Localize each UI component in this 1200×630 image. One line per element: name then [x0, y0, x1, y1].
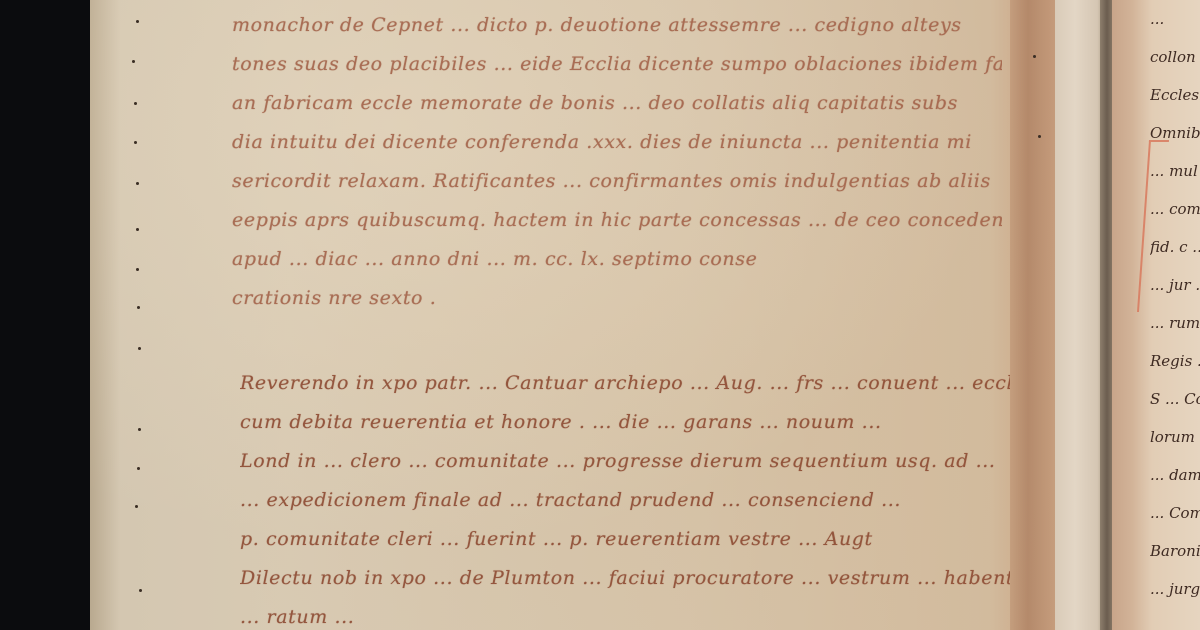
manuscript-line: ... ratum ... [240, 598, 1010, 630]
page-fold [1055, 0, 1105, 630]
manuscript-line: dia intuitu dei dicente conferenda .xxx.… [232, 123, 1002, 162]
pricking-mark [1038, 135, 1041, 138]
manuscript-line: lorum ... [1150, 418, 1200, 456]
manuscript-line: Lond in ... clero ... comunitate ... pro… [240, 442, 1010, 481]
manuscript-line: Dilectu nob in xpo ... de Plumton ... fa… [240, 559, 1010, 598]
manuscript-line: ... [1150, 0, 1200, 38]
manuscript-line: eeppis aprs quibuscumq. hactem in hic pa… [232, 201, 1002, 240]
manuscript-line: collon ... [1150, 38, 1200, 76]
manuscript-line: apud ... diac ... anno dni ... m. cc. lx… [232, 240, 1002, 279]
pricking-mark [136, 228, 139, 231]
manuscript-line: monachor de Cepnet ... dicto p. deuotion… [232, 6, 1002, 45]
manuscript-line: ... mul ... [1150, 152, 1200, 190]
manuscript-line: ... Comm ... [1150, 494, 1200, 532]
manuscript-line: sericordit relaxam. Ratificantes ... con… [232, 162, 1002, 201]
manuscript-line: S ... Comm ... [1150, 380, 1200, 418]
manuscript-paragraph-1: monachor de Cepnet ... dicto p. deuotion… [232, 6, 1002, 318]
pricking-mark [137, 467, 140, 470]
manuscript-paragraph-2: Reverendo in xpo patr. ... Cantuar archi… [240, 364, 1010, 630]
pricking-mark [136, 182, 139, 185]
manuscript-line: crationis nre sexto . [232, 279, 1002, 318]
manuscript-line: Reverendo in xpo patr. ... Cantuar archi… [240, 364, 1010, 403]
pricking-mark [138, 347, 141, 350]
manuscript-line: an fabricam eccle memorate de bonis ... … [232, 84, 1002, 123]
manuscript-line: ... jurg ... [1150, 570, 1200, 608]
pricking-mark [136, 20, 139, 23]
right-folio-text: ... collon ... Ecclesi ... Omnibus ... .… [1150, 0, 1200, 608]
manuscript-line: Baroni ... [1150, 532, 1200, 570]
manuscript-line: ... dam ... [1150, 456, 1200, 494]
manuscript-line: p. comunitate cleri ... fuerint ... p. r… [240, 520, 1010, 559]
manuscript-line: tones suas deo placibiles ... eide Eccli… [232, 45, 1002, 84]
pricking-mark [134, 102, 137, 105]
pricking-mark [132, 60, 135, 63]
manuscript-line: Omnibus ... [1150, 114, 1200, 152]
dark-background [0, 0, 92, 630]
manuscript-line: ... rum ... [1150, 304, 1200, 342]
manuscript-line: cum debita reuerentia et honore . ... di… [240, 403, 1010, 442]
page-edge-stain [1010, 0, 1055, 630]
pricking-mark [136, 268, 139, 271]
manuscript-line: fid. c ... [1150, 228, 1200, 266]
pricking-mark [137, 306, 140, 309]
pricking-mark [134, 141, 137, 144]
pricking-mark [1033, 55, 1036, 58]
manuscript-line: Ecclesi ... [1150, 76, 1200, 114]
manuscript-line: ... comunit ... [1150, 190, 1200, 228]
pricking-mark [138, 428, 141, 431]
manuscript-line: Regis ... [1150, 342, 1200, 380]
pricking-mark [139, 589, 142, 592]
manuscript-line: ... jur ... [1150, 266, 1200, 304]
pricking-mark [135, 505, 138, 508]
manuscript-line: ... expedicionem finale ad ... tractand … [240, 481, 1010, 520]
